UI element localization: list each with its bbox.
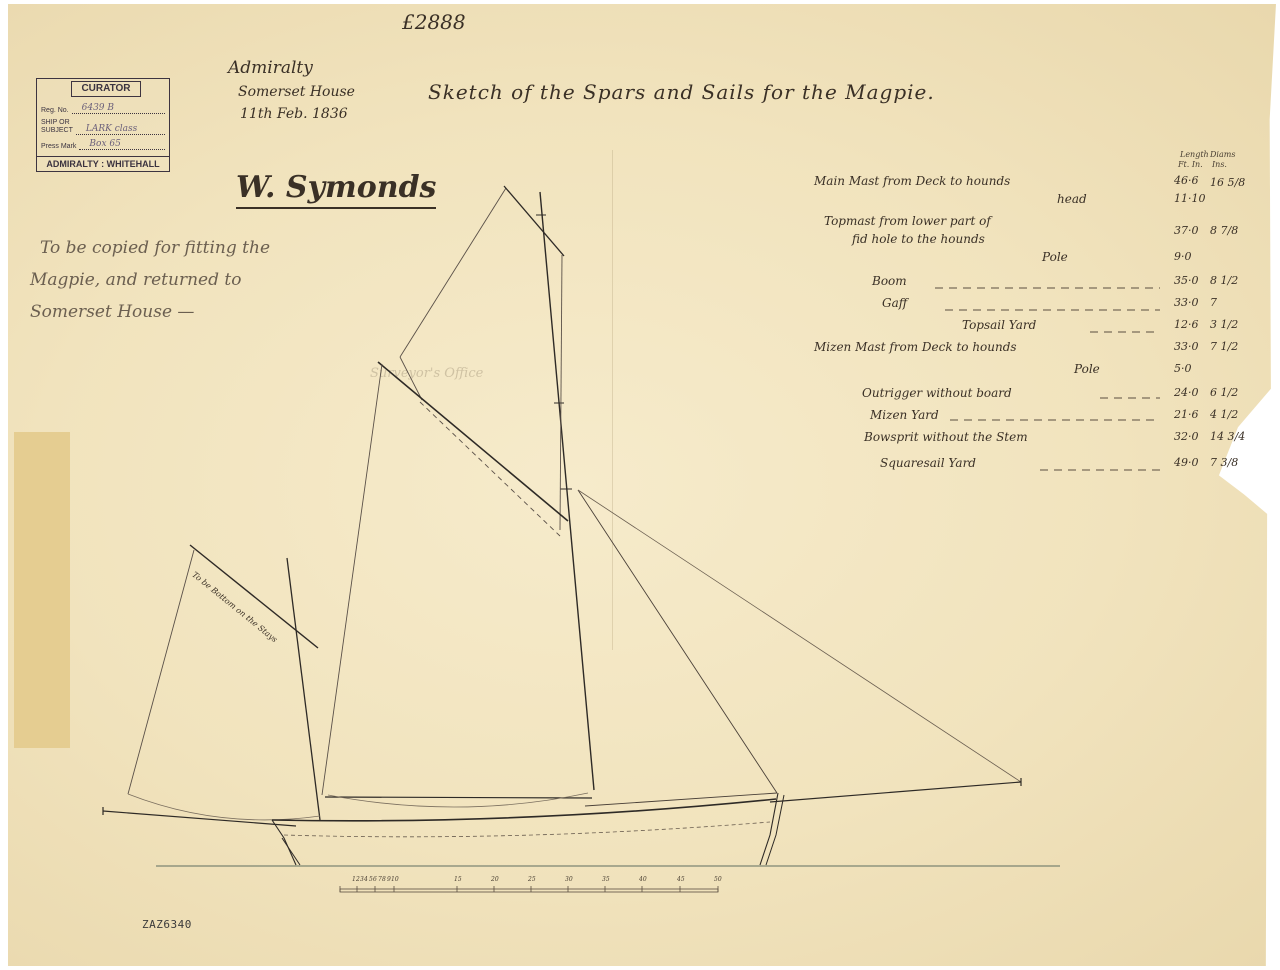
bowsprit (770, 778, 1021, 802)
main-mast (536, 192, 594, 790)
scale-bar (340, 886, 718, 892)
table-leader-lines (935, 288, 1160, 470)
hull (272, 793, 784, 865)
jib (578, 490, 1021, 782)
catalog-number: ZAZ6340 (142, 918, 192, 931)
gaff-topsail (400, 186, 564, 530)
outrigger (103, 807, 296, 826)
mainsail (322, 362, 592, 807)
sail-plan-drawing (0, 0, 1280, 970)
foresail (578, 490, 777, 806)
scale-labels: 1 2 3 4 5 6 7 8 9 10 15 20 25 30 35 40 4… (352, 876, 732, 886)
mizen-sail (128, 545, 320, 820)
